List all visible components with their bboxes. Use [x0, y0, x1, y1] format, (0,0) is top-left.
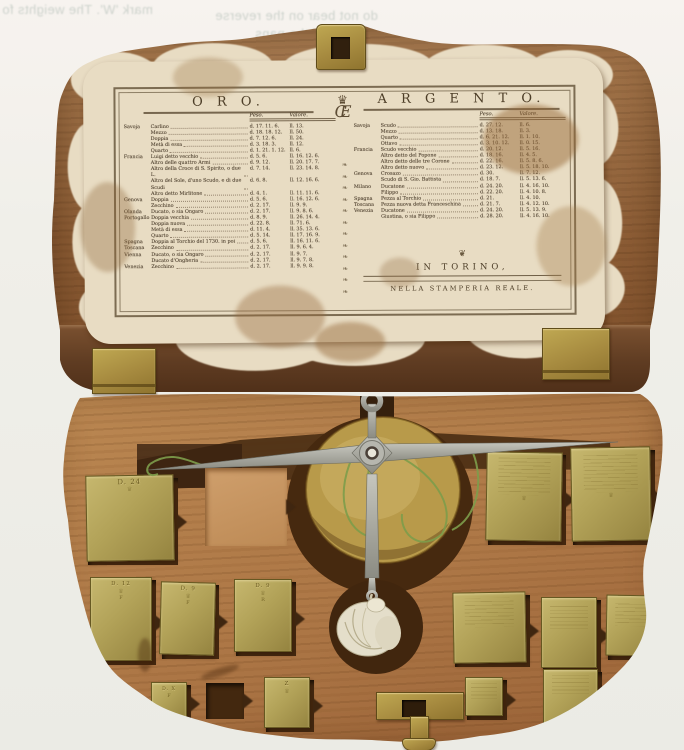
photo-coin-scale-box: mark 'W'. The weights fo do not bear on … — [0, 0, 684, 750]
coin-row: VeneziaZecchinod. 2. 17.ll. 9. 9. 8. — [124, 263, 336, 270]
coin-weight: Z♛ — [264, 677, 310, 728]
cord-tassel — [337, 594, 401, 656]
tassel-recess — [329, 580, 423, 674]
stain — [80, 182, 136, 272]
weight-recess: D. 9♛R — [236, 582, 296, 656]
crown-stamp-icon: ♛ — [284, 688, 289, 695]
coin-weight: D. 24♛ — [85, 474, 174, 562]
suspension-ring — [364, 393, 381, 410]
oro-table-header: Peso. Valore. — [124, 112, 336, 122]
coin-weight: D. 9♛R — [234, 579, 292, 652]
lid-hasp — [316, 24, 366, 70]
weight-recess: D. 24♛ — [88, 478, 178, 565]
weight-recess — [545, 672, 602, 728]
show-through-text: do not bear on the reverse — [215, 8, 378, 23]
weight-recess — [543, 600, 601, 672]
coin-row: Giustina, o sia Filippod. 28. 20.ll. 4. … — [354, 213, 566, 220]
coin-weight — [465, 677, 503, 716]
crown-stamp-icon: ♛ — [118, 588, 123, 595]
weight-recess: D. 9♛F — [162, 585, 219, 659]
crown-stamp-icon: ♛ — [127, 486, 133, 493]
weight-recess: ♛ — [488, 455, 566, 545]
beam-pivot — [360, 441, 385, 466]
coin-weight — [541, 597, 597, 668]
coin-weight: D. 9♛F — [159, 581, 216, 655]
wood-streak — [200, 662, 241, 682]
pointer-hook — [368, 592, 377, 601]
weight-recess: ♛ — [573, 450, 655, 545]
right-hinge — [542, 328, 610, 380]
title-oro: O R O. — [143, 94, 313, 114]
hasp-hole — [331, 37, 350, 59]
crown-stamp-icon: ♛ — [521, 494, 527, 501]
green-cord — [147, 446, 478, 584]
oro-table: Peso. Valore. SavojaCarlinod. 17. 11. 6.… — [124, 112, 337, 270]
weight-recess — [455, 595, 530, 667]
floral-divider-ornament: ❧ ❧ ❧ ❧ ❧ ❧ ❧ ❧ ❧ ❧ ❧ ❧ — [340, 160, 351, 300]
coin-weight — [452, 591, 526, 663]
latch-clasp-cap — [402, 738, 436, 750]
weight-recess — [608, 598, 662, 660]
weight-recess: D. XF — [153, 685, 191, 722]
balance-pan — [306, 417, 460, 563]
coin-weight — [605, 595, 658, 657]
box-base: D. 24♛ ♛ ♛ D. 12♛F D. 9♛F D. 9♛R — [50, 386, 666, 748]
coin-row: Altro del Sole, d'uno Scudo, e di due Sc… — [124, 177, 336, 190]
pan-recess — [287, 416, 473, 594]
empty-weight-recess — [205, 468, 287, 546]
peso-header: Peso. — [250, 112, 290, 121]
stain — [379, 257, 419, 287]
coin-weight: ♛ — [570, 446, 652, 541]
beam-notch — [360, 388, 394, 430]
tariff-sheet: O R O. A R G E N T O. ♛ CE ❧ ❧ ❧ ❧ ❧ ❧ ❧… — [83, 58, 605, 345]
crown-stamp-icon: ♛ — [608, 492, 614, 499]
stain — [536, 206, 607, 287]
weight-recess: Z♛ — [266, 680, 314, 732]
coin-weight — [543, 669, 598, 724]
weight-recess — [467, 680, 507, 720]
wood-knot — [138, 638, 152, 672]
empty-weight-recess-small — [206, 683, 244, 719]
left-hinge — [92, 348, 156, 394]
crown-stamp-icon: ♛ — [260, 590, 265, 597]
beam-stem — [368, 404, 376, 438]
coin-weight: ♛ — [485, 451, 563, 541]
coin-weight: D. XF — [151, 682, 187, 718]
show-through-text: mark 'W'. The weights fo — [2, 2, 153, 17]
latch-slot — [402, 700, 426, 717]
beam-pointer — [365, 474, 379, 578]
valore-header: Valore. — [290, 112, 336, 121]
